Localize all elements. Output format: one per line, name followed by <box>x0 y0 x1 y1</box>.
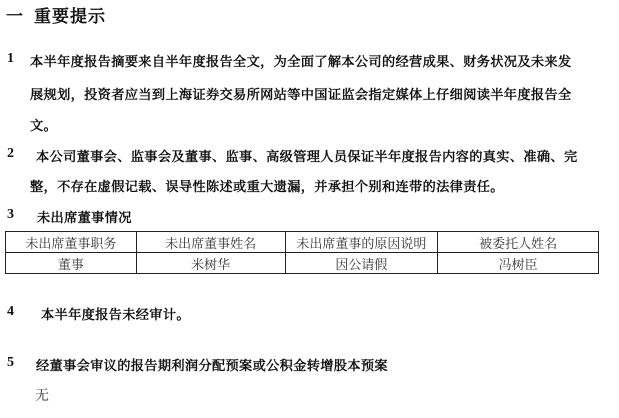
item-5-answer: 无 <box>35 385 49 405</box>
table-cell-proxy: 冯树臣 <box>438 253 599 274</box>
item-5-title: 经董事会审议的报告期利润分配预案或公积金转增股本预案 <box>36 355 388 374</box>
item-1-number: 1 <box>7 51 14 67</box>
table-cell-name: 米树华 <box>136 253 285 274</box>
table-row: 董事 米树华 因公请假 冯树臣 <box>6 253 599 274</box>
table-header-cell: 未出席董事的原因说明 <box>285 232 438 253</box>
table-header-cell: 被委托人姓名 <box>438 232 599 253</box>
table-header-cell: 未出席董事姓名 <box>136 232 285 253</box>
section-title: 重要提示 <box>34 7 106 27</box>
item-2-line-1: 本公司董事会、监事会及董事、监事、高级管理人员保证半年度报告内容的真实、准确、完 <box>36 146 578 165</box>
table-cell-position: 董事 <box>6 253 137 274</box>
table-cell-reason: 因公请假 <box>285 253 438 274</box>
table-header-cell: 未出席董事职务 <box>6 232 137 253</box>
item-1-line-1: 本半年度报告摘要来自半年度报告全文，为全面了解本公司的经营成果、财务状况及未来发 <box>30 51 572 70</box>
item-1-line-3: 文。 <box>30 115 57 134</box>
table-header-row: 未出席董事职务 未出席董事姓名 未出席董事的原因说明 被委托人姓名 <box>6 232 599 253</box>
item-4-number: 4 <box>7 304 14 320</box>
item-4-text: 本半年度报告未经审计。 <box>41 304 190 323</box>
section-heading: 一重要提示 <box>6 2 106 27</box>
absent-directors-table: 未出席董事职务 未出席董事姓名 未出席董事的原因说明 被委托人姓名 董事 米树华… <box>5 231 599 274</box>
section-number: 一 <box>6 2 34 27</box>
item-3-number: 3 <box>7 207 14 223</box>
item-5-number: 5 <box>7 355 14 371</box>
item-2-number: 2 <box>7 146 14 162</box>
item-1-line-2: 展规划，投资者应当到上海证券交易所网站等中国证监会指定媒体上仔细阅读半年度报告全 <box>30 84 572 103</box>
item-3-title: 未出席董事情况 <box>37 207 132 226</box>
item-2-line-2: 整，不存在虚假记载、误导性陈述或重大遗漏，并承担个别和连带的法律责任。 <box>30 176 504 195</box>
